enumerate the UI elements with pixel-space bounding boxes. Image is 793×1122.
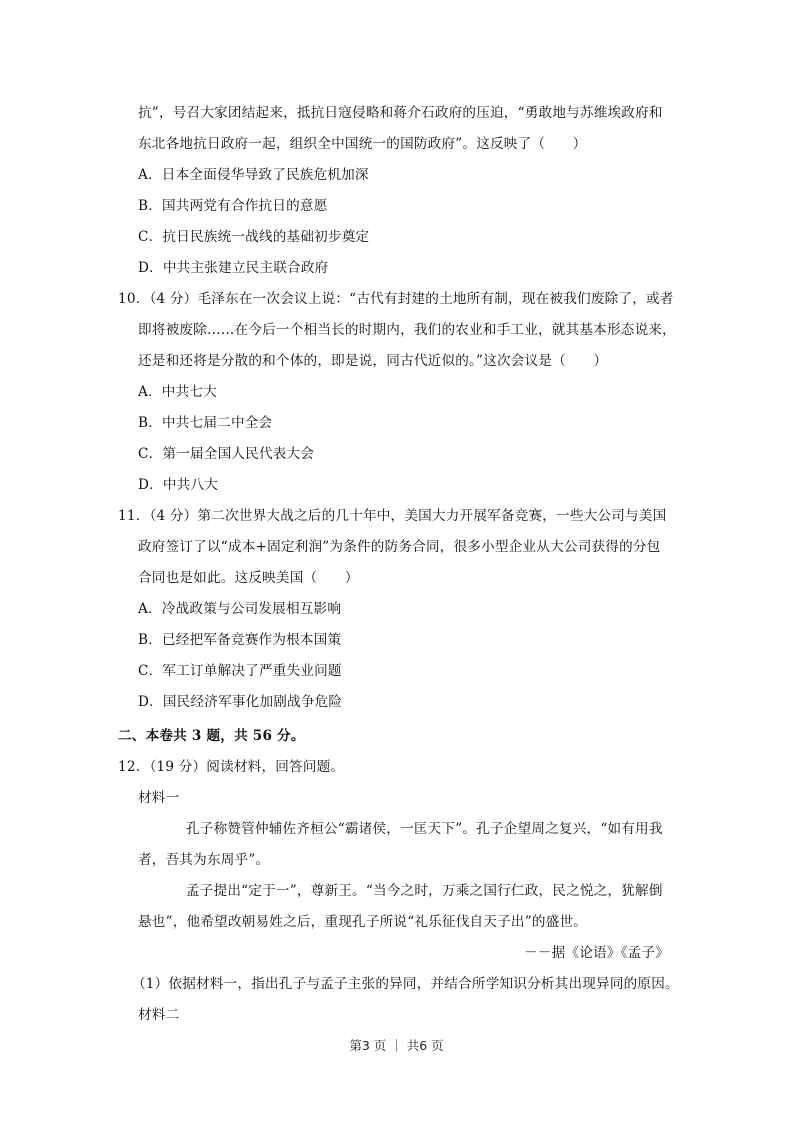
q11-text-line-1: 11．（4 分）第二次世界大战之后的几十年中，美国大力开展军备竞赛，一些大公司与… bbox=[118, 507, 666, 525]
material1-line-3: 孟子提出“定于一”，尊新王。“当今之时，万乘之国行仁政，民之悦之，犹解倒 bbox=[186, 882, 663, 900]
q10-option-d: D．中共八大 bbox=[138, 476, 218, 494]
q11-option-b: B．已经把军备竞赛作为根本国策 bbox=[138, 631, 341, 649]
q10-text-line-2: 即将被废除……在今后一个相当长的时期内，我们的农业和手工业，就其基本形态说来， bbox=[138, 321, 676, 339]
sub-question-1: （1）依据材料一，指出孔子与孟子主张的异同，并结合所学知识分析其出现异同的原因。 bbox=[132, 975, 679, 993]
material1-line-4: 悬也”，他希望改朝易姓之后，重现孔子所说“礼乐征伐自天子出”的盛世。 bbox=[138, 913, 587, 931]
q9-option-a: A．日本全面侵华导致了民族危机加深 bbox=[138, 166, 369, 184]
material2-label: 材料二 bbox=[138, 1006, 179, 1024]
section-heading: 二、本卷共 3 题，共 56 分。 bbox=[118, 727, 305, 745]
material1-label: 材料一 bbox=[138, 789, 179, 807]
q9-option-c: C．抗日民族统一战线的基础初步奠定 bbox=[138, 228, 369, 246]
q10-text-line-1: 10．（4 分）毛泽东在一次会议上说：“古代有封建的土地所有制，现在被我们废除了… bbox=[118, 290, 674, 308]
q11-option-c: C．军工订单解决了严重失业问题 bbox=[138, 662, 342, 680]
page-footer: 第3 页 ｜ 共6 页 bbox=[0, 1036, 793, 1054]
material1-source: －－据《论语》《孟子》 bbox=[524, 944, 669, 962]
q9-option-d: D．中共主张建立民主联合政府 bbox=[138, 259, 328, 277]
q11-option-d: D．国民经济军事化加剧战争危险 bbox=[138, 693, 342, 711]
q11-option-a: A．冷战政策与公司发展相互影响 bbox=[138, 600, 341, 618]
q11-text-line-3: 合同也是如此。这反映美国（ ） bbox=[138, 569, 359, 587]
q10-option-c: C．第一届全国人民代表大会 bbox=[138, 445, 314, 463]
material1-line-1: 孔子称赞管仲辅佐齐桓公“霸诸侯，一匡天下”。孔子企望周之复兴，“如有用我 bbox=[186, 820, 663, 838]
q10-text-line-3: 还是和还将是分散的和个体的，即是说，同古代近似的。”这次会议是（ ） bbox=[138, 352, 607, 370]
q9-option-b: B．国共两党有合作抗日的意愿 bbox=[138, 197, 328, 215]
q11-text-line-2: 政府签订了以“成本+固定利润”为条件的防务合同，很多小型企业从大公司获得的分包 bbox=[138, 538, 660, 556]
q10-option-a: A．中共七大 bbox=[138, 383, 217, 401]
q12-title: 12．（19 分）阅读材料，回答问题。 bbox=[118, 758, 344, 776]
q10-option-b: B．中共七届二中全会 bbox=[138, 414, 272, 432]
q9-text-line-2: 东北各地抗日政府一起，组织全中国统一的国防政府”。这反映了（ ） bbox=[138, 135, 587, 153]
q9-text-line-1: 抗”，号召大家团结起来，抵抗日寇侵略和蒋介石政府的压迫，“勇敢地与苏维埃政府和 bbox=[138, 104, 663, 122]
material1-line-2: 者，吾其为东周乎”。 bbox=[138, 851, 269, 869]
